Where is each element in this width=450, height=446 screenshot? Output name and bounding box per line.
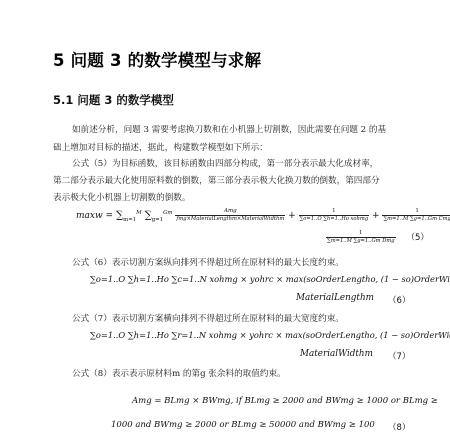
intro-line-2: 础上增加对目标的描述，据此，构建数学模型如下所示： xyxy=(53,142,268,155)
eq5-term2-numerator: 1 xyxy=(331,208,337,215)
eq5-term2-denominator: ∑o=1..O ∑h=1..Ho xohmg xyxy=(299,215,370,223)
plus-sign: + xyxy=(372,211,380,221)
equation-number-5: （5） xyxy=(406,233,428,243)
eq5-sum1-sup: M xyxy=(136,210,142,216)
equation-7-line-2: MaterialWidthm xyxy=(300,349,373,359)
eq5-term3-fraction: 1 ∑m=1..M ∑g=1..Gm Cmg xyxy=(382,208,450,223)
equation-7-line-1: ∑o=1..O ∑h=1..Ho ∑r=1..N xohmg × yohrc ×… xyxy=(90,330,450,340)
eq6-desc: 公式（6）表示切割方案纵向排列不得超过所在原材料的最大长度约束。 xyxy=(72,257,344,270)
eq5-lhs: maxw = xyxy=(76,211,116,221)
intro-line-1: 如前述分析，问题 3 需要考虑换刀数和在小机器上切割数，因此需要在问题 2 的基 xyxy=(72,124,386,137)
eq5-sum1-sub: m=1 xyxy=(123,217,136,223)
eq5-term4-numerator: 1 xyxy=(358,230,364,237)
eq5-desc-line-1: 公式（5）为目标函数，该目标函数由四部分构成，第一部分表示最大化成材率， xyxy=(72,158,378,171)
eq5-sum2-sub: g=1 xyxy=(152,217,163,223)
eq5-term1-numerator: Amg xyxy=(223,208,238,215)
section-title: 5 问题 3 的数学模型与求解 xyxy=(53,47,261,71)
subsection-title: 5.1 问题 3 的数学模型 xyxy=(53,92,174,108)
equation-number-6: （6） xyxy=(388,294,410,306)
eq5-term4-fraction: 1 ∑m=1..M ∑g=1..Gm Dmg xyxy=(326,230,396,245)
eq5-term1-denominator: fmg×MaterialLengthm×MaterialWidthm xyxy=(175,215,285,223)
equation-6-line-2: MaterialLengthm xyxy=(296,293,374,303)
equation-5-continued: 1 ∑m=1..M ∑g=1..Gm Dmg （5） xyxy=(326,230,429,245)
eq5-term3-numerator: 1 xyxy=(414,208,420,215)
equation-8-line-1: Amg = BLmg × BWmg, if BLmg ≥ 2000 and BW… xyxy=(132,396,438,406)
eq5-term1-fraction: Amg fmg×MaterialLengthm×MaterialWidthm xyxy=(175,208,285,223)
equation-8-line-2: 1000 and BWmg ≥ 2000 or BLmg ≥ 50000 and… xyxy=(111,420,375,430)
equation-number-8: （8） xyxy=(388,421,410,433)
eq5-sum2-sup: Gm xyxy=(163,210,172,216)
equation-number-7: （7） xyxy=(388,350,410,362)
eq5-term2-fraction: 1 ∑o=1..O ∑h=1..Ho xohmg xyxy=(299,208,370,223)
eq5-desc-line-3: 表示极大化小机器上切割数的倒数。 xyxy=(53,192,191,205)
equation-5: maxw = ∑m=1M ∑g=1Gm Amg fmg×MaterialLeng… xyxy=(76,208,450,223)
eq5-term4-denominator: ∑m=1..M ∑g=1..Gm Dmg xyxy=(326,237,396,245)
equation-6-line-1: ∑o=1..O ∑h=1..Ho ∑c=1..N xohmg × yohrc ×… xyxy=(90,274,450,284)
eq5-desc-line-2: 第二部分表示最大化使用原料数的倒数，第三部分表示极大化换刀数的倒数，第四部分 xyxy=(53,175,380,188)
eq5-term3-denominator: ∑m=1..M ∑g=1..Gm Cmg xyxy=(382,215,450,223)
sum-icon: ∑ xyxy=(145,210,152,221)
eq7-desc: 公式（7）表示切割方案横向排列不得超过所在原材料的最大宽度约束。 xyxy=(72,313,344,326)
eq8-desc: 公式（8）表示表示原材料m 的第g 张余料的取值约束。 xyxy=(72,368,286,381)
plus-sign: + xyxy=(288,211,296,221)
